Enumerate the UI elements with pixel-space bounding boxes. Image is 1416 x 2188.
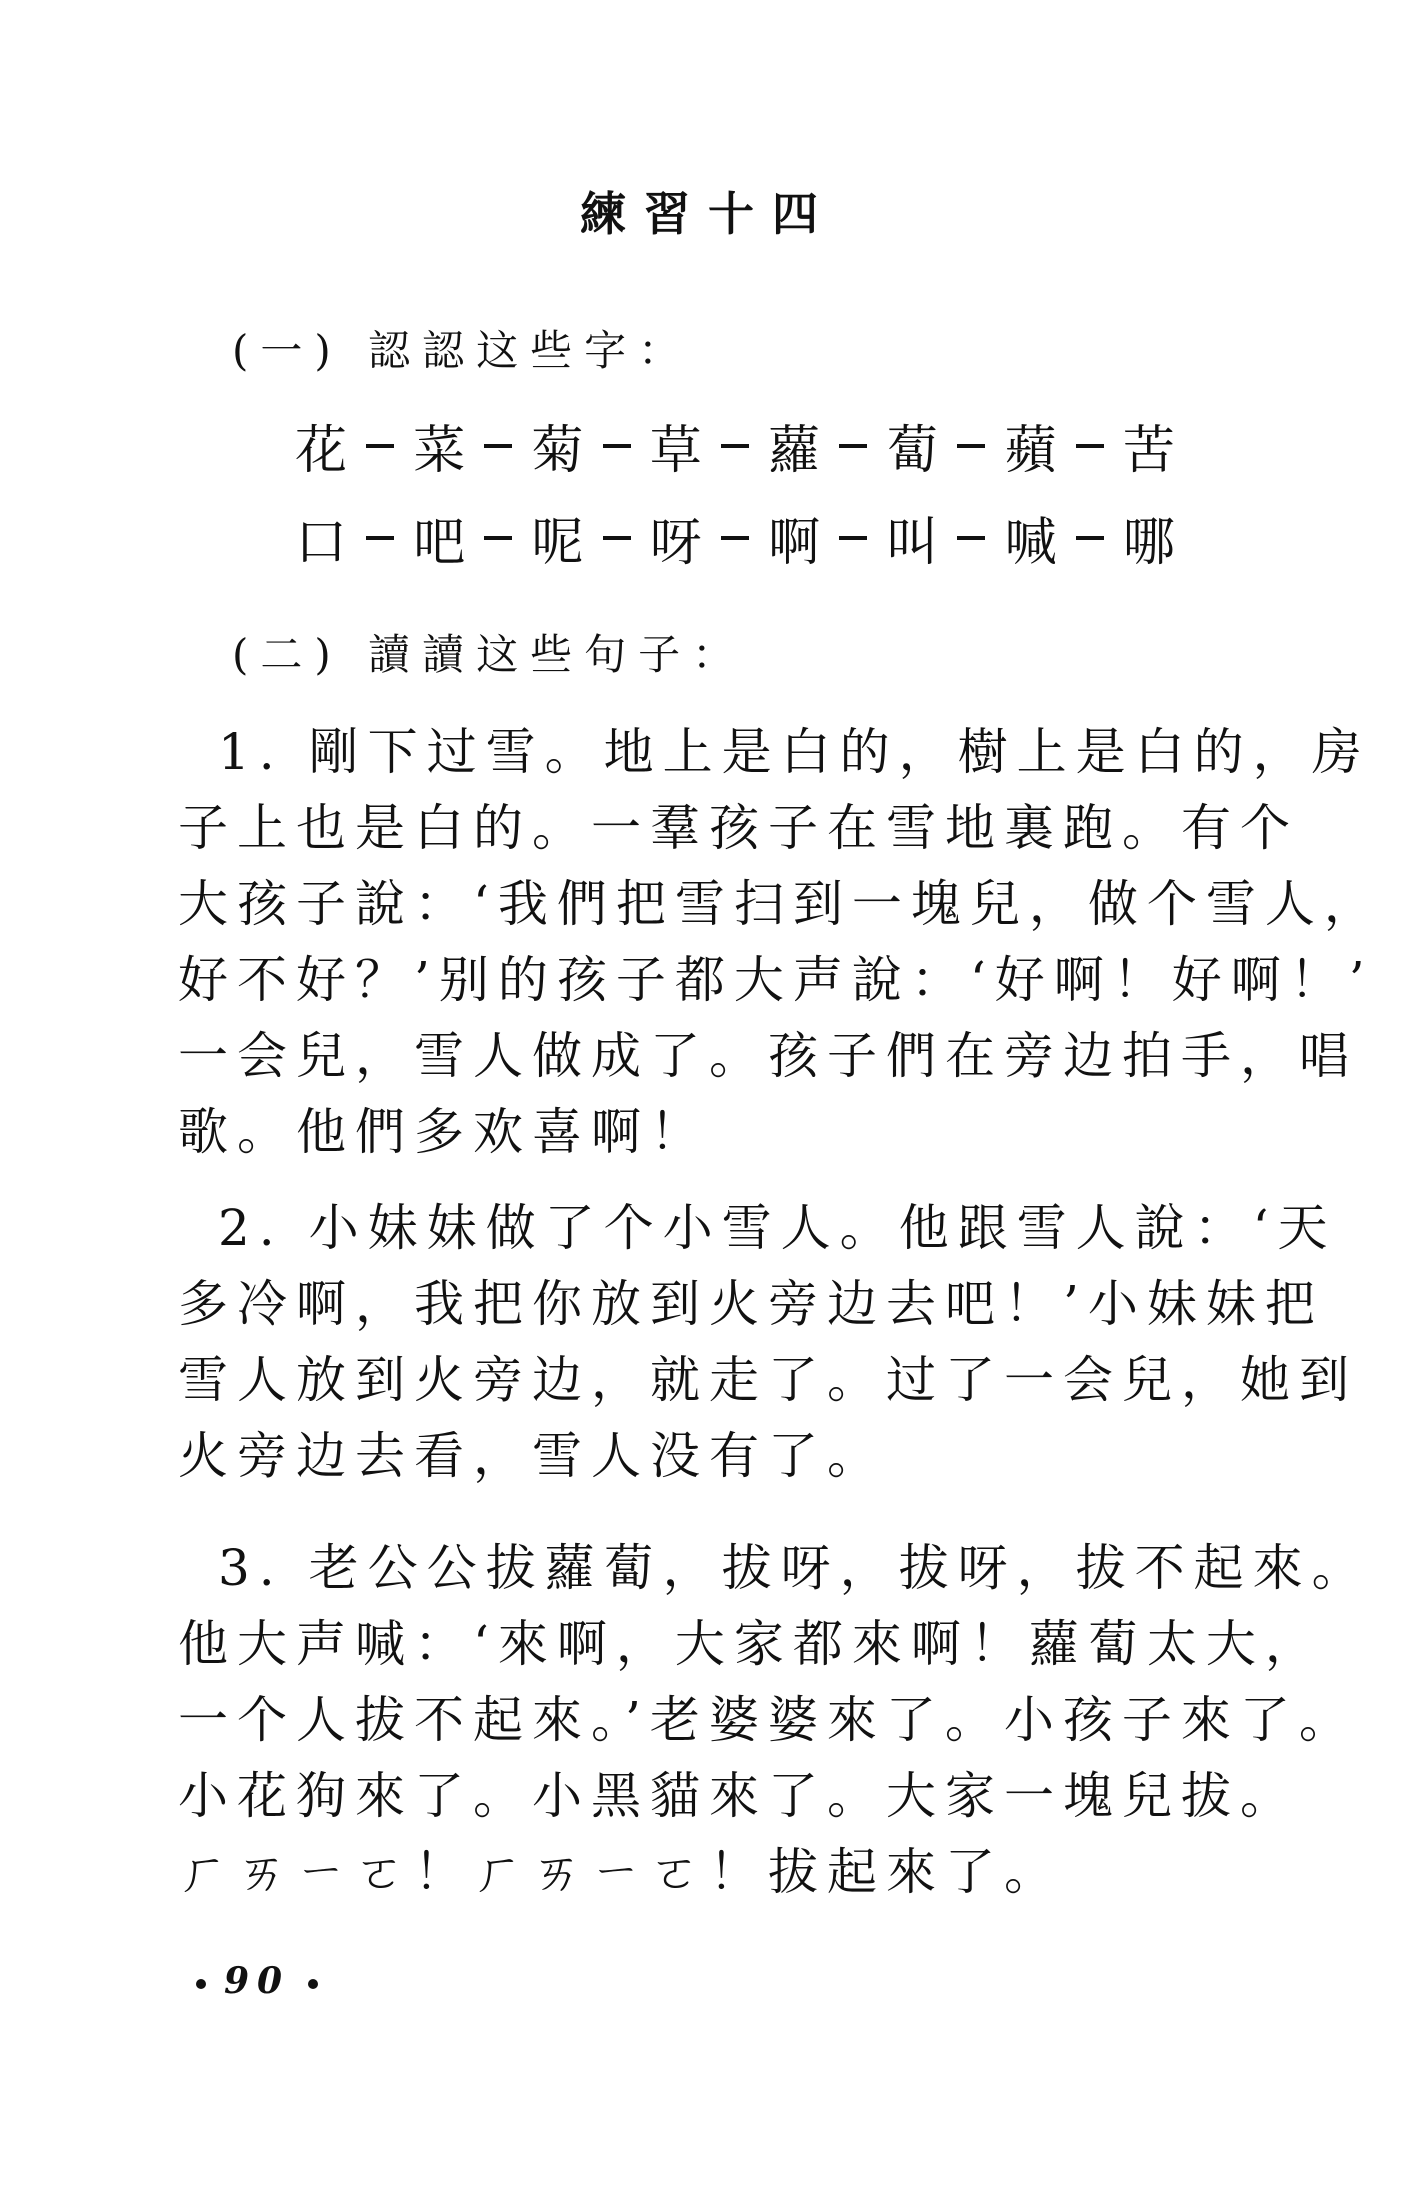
textbook-page: 練習十四 (一) 認認这些字： 花 菜 菊 草 蘿 蔔 蘋 苦 口 吧 呢 呀 … (0, 0, 1416, 2188)
page-number: 90 (178, 1960, 336, 2002)
dash-separator (957, 444, 985, 448)
character: 呀 (650, 500, 702, 575)
dash-separator (366, 536, 394, 540)
character: 叫 (886, 500, 938, 575)
dash-separator (366, 444, 394, 448)
passage-line: 火旁边去看，雪人没有了。 (178, 1418, 1278, 1494)
character: 菊 (532, 408, 584, 483)
section-2-heading: (二) 讀讀这些句子： (232, 622, 746, 682)
dash-separator (484, 444, 512, 448)
dash-separator (1076, 536, 1104, 540)
dash-separator (603, 536, 631, 540)
passage-line: 小花狗來了。小黑貓來了。大家一塊兒拔。 (178, 1758, 1278, 1834)
passage-line: 2. 小妹妹做了个小雪人。他跟雪人說：‘天 (178, 1190, 1278, 1266)
character: 吧 (413, 500, 465, 575)
character: 蘋 (1005, 408, 1057, 483)
passage-line: 3. 老公公拔蘿蔔，拔呀，拔呀，拔不起來。 (178, 1530, 1278, 1606)
character: 草 (650, 408, 702, 483)
character: 蔔 (886, 408, 938, 483)
passage-line: 1. 剛下过雪。地上是白的，樹上是白的，房 (178, 714, 1278, 790)
reading-passage-3: 3. 老公公拔蘿蔔，拔呀，拔呀，拔不起來。 他大声喊：‘來啊，大家都來啊！蘿蔔太… (178, 1530, 1278, 1910)
passage-line: 子上也是白的。一羣孩子在雪地裏跑。有个 (178, 790, 1278, 866)
dash-separator (957, 536, 985, 540)
character-row-grass-radical: 花 菜 菊 草 蘿 蔔 蘋 苦 (295, 408, 1175, 483)
bullet-dot-icon (196, 1979, 206, 1989)
character: 哪 (1123, 500, 1175, 575)
character: 花 (295, 408, 347, 483)
dash-separator (721, 444, 749, 448)
character: 苦 (1123, 408, 1175, 483)
passage-line: 一个人拔不起來。’老婆婆來了。小孩子來了。 (178, 1682, 1278, 1758)
dash-separator (484, 536, 512, 540)
passage-line: 大孩子說：‘我們把雪扫到一塊兒，做个雪人， (178, 866, 1278, 942)
passage-line: 一会兒，雪人做成了。孩子們在旁边拍手，唱 (178, 1018, 1278, 1094)
dash-separator (839, 536, 867, 540)
dash-separator (1076, 444, 1104, 448)
dash-separator (839, 444, 867, 448)
character-row-mouth-radical: 口 吧 呢 呀 啊 叫 喊 哪 (295, 500, 1175, 575)
section-1-heading: (一) 認認这些字： (232, 318, 692, 378)
character: 啊 (768, 500, 820, 575)
passage-line: 雪人放到火旁边，就走了。过了一会兒，她到 (178, 1342, 1278, 1418)
passage-line: 他大声喊：‘來啊，大家都來啊！蘿蔔太大， (178, 1606, 1278, 1682)
passage-line: ㄏㄞㄧㄛ！ㄏㄞㄧㄛ！拔起來了。 (178, 1834, 1278, 1910)
reading-passage-1: 1. 剛下过雪。地上是白的，樹上是白的，房 子上也是白的。一羣孩子在雪地裏跑。有… (178, 714, 1278, 1170)
character: 口 (295, 500, 347, 575)
reading-passage-2: 2. 小妹妹做了个小雪人。他跟雪人說：‘天 多冷啊，我把你放到火旁边去吧！’小妹… (178, 1190, 1278, 1494)
page-number-value: 90 (224, 1960, 290, 2002)
passage-line: 歌。他們多欢喜啊！ (178, 1094, 1278, 1170)
dash-separator (603, 444, 631, 448)
character: 呢 (532, 500, 584, 575)
passage-line: 多冷啊，我把你放到火旁边去吧！’小妹妹把 (178, 1266, 1278, 1342)
bullet-dot-icon (308, 1979, 318, 1989)
character: 蘿 (768, 408, 820, 483)
dash-separator (721, 536, 749, 540)
character: 喊 (1005, 500, 1057, 575)
character: 菜 (413, 408, 465, 483)
passage-line: 好不好？’别的孩子都大声說：‘好啊！好啊！’ (178, 942, 1278, 1018)
page-title: 練習十四 (0, 178, 1416, 244)
